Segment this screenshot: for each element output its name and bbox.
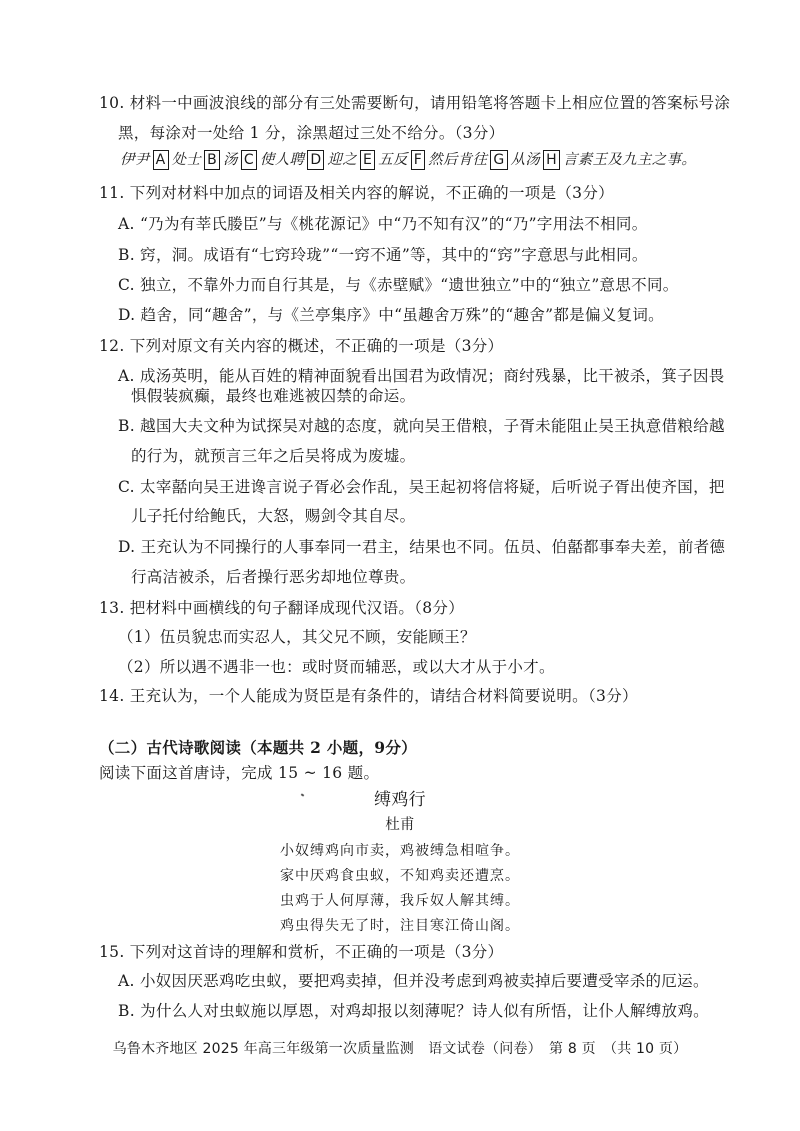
- q12-option-d-line1: D. 王充认为不同操行的人事奉同一君主，结果也不同。伍员、伯嚭都事奉夫差，前者德: [118, 537, 725, 557]
- q12-option-b-line1: B. 越国大夫文种为试探吴对越的态度，就向吴王借粮，子胥未能阻止吴王执意借粮给越: [118, 416, 725, 436]
- q13-stem: 13. 把材料中画横线的句子翻译成现代汉语。（8分）: [99, 598, 464, 618]
- exam-page: 10. 材料一中画波浪线的部分有三处需要断句，请用铅笔将答题卡上相应位置的答案标…: [0, 0, 800, 1131]
- answer-marker-g: G: [490, 150, 507, 170]
- q11-option-c: C. 独立，不靠外力而自行其是，与《赤壁赋》“遗世独立”中的“独立”意思不同。: [118, 275, 679, 295]
- section-heading: （二）古代诗歌阅读（本题共 2 小题，9分）: [99, 738, 417, 758]
- punct-segment: 从汤: [511, 150, 541, 170]
- q12-option-a-line1: A. 成汤英明，能从百姓的精神面貌看出国君为政情况；商纣残暴，比干被杀，箕子因畏: [118, 366, 725, 386]
- section-instruction: 阅读下面这首唐诗，完成 15 ~ 16 题。: [99, 763, 379, 783]
- q13-item-1: （1）伍员貌忠而实忍人，其父兄不顾，安能顾王？: [118, 627, 476, 647]
- answer-marker-h: H: [543, 150, 560, 170]
- q15-option-b: B. 为什么人对虫蚁施以厚恩，对鸡却报以刻薄呢？诗人似有所悟，让仆人解缚放鸡。: [118, 1001, 709, 1021]
- punct-segment: 然后肯往: [428, 150, 487, 170]
- q12-option-c-line2: 儿子托付给鲍氏，大怒，赐剑令其自尽。: [131, 506, 415, 526]
- q10-punctuation-line: 伊尹 A 处士 B 汤 C 使人聘 D 迎之 E 五反 F 然后肯往 G 从汤 …: [120, 150, 696, 170]
- q11-option-d: D. 趋舍，同“趣舍”，与《兰亭集序》中“虽趣舍万殊”的“趣舍”都是偏义复词。: [118, 305, 664, 325]
- q10-stem-line2: 黑，每涂对一处给 1 分，涂黑超过三处不给分。（3分）: [118, 123, 504, 143]
- q15-stem: 15. 下列对这首诗的理解和赏析，不正确的一项是（3分）: [99, 942, 503, 962]
- punct-segment: 汤: [223, 150, 238, 170]
- q10-stem-line1: 10. 材料一中画波浪线的部分有三处需要断句，请用铅笔将答题卡上相应位置的答案标…: [99, 93, 730, 113]
- q11-option-a: A. “乃为有莘氏媵臣”与《桃花源记》中“乃不知有汉”的“乃”字用法不相同。: [118, 214, 648, 234]
- poem-author: 杜甫: [0, 815, 800, 835]
- punct-segment: 五反: [378, 150, 408, 170]
- poem-line: 鸡虫得失无了时，注目寒江倚山阁。: [0, 916, 800, 936]
- q12-option-b-line2: 的行为，就预言三年之后吴将成为废墟。: [131, 446, 415, 466]
- punct-segment: 处士: [172, 150, 202, 170]
- punct-segment: 言素王及九主之事。: [563, 150, 696, 170]
- poem-line: 家中厌鸡食虫蚁，不知鸡卖还遭烹。: [0, 866, 800, 886]
- q13-item-2: （2）所以遇不遇非一也：或时贤而辅恶，或以大才从于小才。: [118, 657, 555, 677]
- q12-option-c-line1: C. 太宰嚭向吴王进谗言说子胥必会作乱，吴王起初将信将疑，后听说子胥出使齐国，把: [118, 477, 725, 497]
- punct-segment: 迎之: [327, 150, 357, 170]
- punct-segment: 使人聘: [260, 150, 304, 170]
- poem-title: 缚鸡行: [0, 790, 800, 810]
- q15-option-a: A. 小奴因厌恶鸡吃虫蚁，要把鸡卖掉，但并没考虑到鸡被卖掉后要遭受宰杀的厄运。: [118, 971, 709, 991]
- punct-segment: 伊尹: [120, 150, 150, 170]
- q11-option-b: B. 窍，洞。成语有“七窍玲珑”“一窍不通”等，其中的“窍”字意思与此相同。: [118, 245, 648, 265]
- q11-stem: 11. 下列对材料中加点的词语及相关内容的解说，不正确的一项是（3分）: [99, 183, 614, 203]
- poem-line: 虫鸡于人何厚薄，我斥奴人解其缚。: [0, 891, 800, 911]
- q12-option-a-line2: 惧假装疯癫，最终也难逃被囚禁的命运。: [131, 386, 415, 406]
- q12-stem: 12. 下列对原文有关内容的概述，不正确的一项是（3分）: [99, 336, 503, 356]
- q12-option-d-line2: 行高洁被杀，后者操行恶劣却地位尊贵。: [131, 567, 415, 587]
- answer-marker-b: B: [204, 150, 220, 170]
- answer-marker-c: C: [241, 150, 257, 170]
- answer-marker-e: E: [360, 150, 375, 170]
- answer-marker-f: F: [411, 150, 425, 170]
- q14-stem: 14. 王充认为，一个人能成为贤臣是有条件的，请结合材料简要说明。（3分）: [99, 686, 638, 706]
- page-footer: 乌鲁木齐地区 2025 年高三年级第一次质量监测 语文试卷（问卷） 第 8 页 …: [0, 1039, 800, 1059]
- answer-marker-a: A: [153, 150, 169, 170]
- poem-line: 小奴缚鸡向市卖，鸡被缚急相喧争。: [0, 841, 800, 861]
- answer-marker-d: D: [307, 150, 324, 170]
